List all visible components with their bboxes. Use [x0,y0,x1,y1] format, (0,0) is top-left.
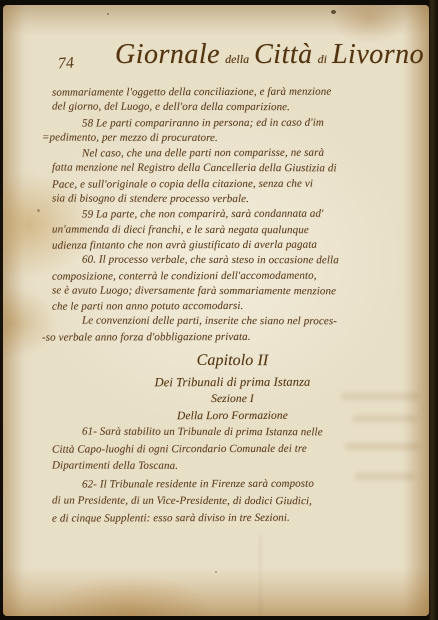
ink-bleedthrough [345,443,419,450]
manuscript-line: fatta menzione nel Registro della Cancel… [52,161,413,177]
manuscript-line: del giorno, del Luogo, e dell'ora della … [52,100,413,116]
manuscript-line: composizione, conterrà le condizioni del… [52,268,413,285]
manuscript-line: 59 La parte, che non comparirà, sarà con… [52,207,413,224]
title-word: Giornale [115,39,220,71]
manuscript-line: sommariamente l'oggetto della conciliazi… [52,84,413,101]
manuscript-line: Le convenzioni delle parti, inserite che… [52,314,413,330]
book-page-edges [428,0,438,620]
paper-fold-streak [259,535,262,615]
manuscript-line: 60. Il processo verbale, che sarà steso … [52,253,413,269]
manuscript-line: Capitolo II [52,349,413,374]
manuscript-page: 74 GiornaledellaCittàdiLivorno sommariam… [3,5,429,616]
title-word: di [318,52,327,67]
ink-spot [37,209,40,212]
manuscript-photo: 74 GiornaledellaCittàdiLivorno sommariam… [0,0,438,620]
manuscript-line: Dei Tribunali di prima Istanza [52,372,413,391]
manuscript-line: Nel caso, che una delle parti non compar… [52,146,413,163]
manuscript-line: -so verbale anno forza d'obbligazione pr… [42,329,413,346]
text-block: sommariamente l'oggetto della conciliazi… [52,85,413,527]
manuscript-line: Pace, e sull'originale o copia della cit… [52,176,413,193]
ink-spot [107,13,109,15]
manuscript-line: che le parti non anno potuto accomodarsi… [52,299,413,316]
title-word: Livorno [332,39,424,71]
ink-bleedthrough [341,393,419,400]
title-word: Città [254,39,313,71]
manuscript-line: un'ammenda di dieci franchi, e le sarà n… [52,222,413,238]
manuscript-line: 58 Le parti compariranno in persona; ed … [52,115,413,132]
manuscript-title: GiornaledellaCittàdiLivorno [115,39,415,91]
manuscript-line: di un Presidente, di un Vice-Presidente,… [52,492,413,510]
manuscript-line: se è avuto Luogo; diversamente farà somm… [52,283,413,299]
ink-bleedthrough [353,415,417,422]
manuscript-line: e di cinque Supplenti: esso sarà diviso … [52,509,413,527]
title-word: della [225,52,249,67]
manuscript-line: udienza fintanto che non avrà giustifica… [52,237,413,254]
ink-spot [331,10,336,14]
ink-spot [215,571,217,573]
ink-bleedthrough [355,473,415,480]
page-number: 74 [57,54,74,73]
manuscript-line: sia di bisogno di stendere processo verb… [52,192,413,208]
manuscript-line: =pedimento, per mezzo di procuratore. [42,130,413,146]
manuscript-line: 61- Sarà stabilito un Tribunale di prima… [52,424,413,442]
